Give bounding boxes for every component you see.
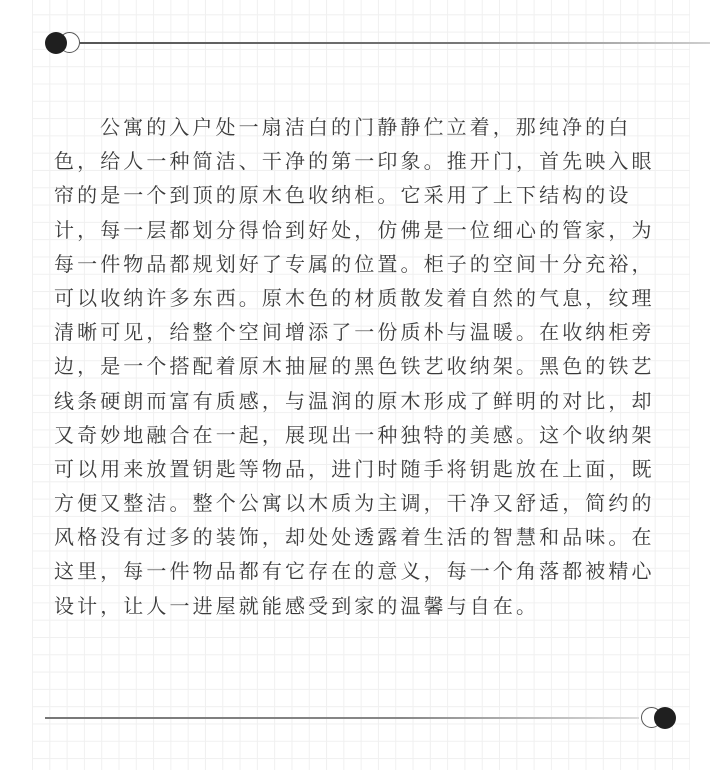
text-line: 可以用来放置钥匙等物品，进门时随手将钥匙放在上面，既 bbox=[54, 452, 674, 486]
text-line: 清晰可见，给整个空间增添了一份质朴与温暖。在收纳柜旁 bbox=[54, 315, 674, 349]
filled-circle-icon bbox=[654, 707, 676, 729]
text-line: 边，是一个搭配着原木抽屉的黑色铁艺收纳架。黑色的铁艺 bbox=[54, 349, 674, 383]
bottom-divider bbox=[45, 707, 677, 729]
text-line: 方便又整洁。整个公寓以木质为主调，干净又舒适，简约的 bbox=[54, 486, 674, 520]
text-line: 帘的是一个到顶的原木色收纳柜。它采用了上下结构的设 bbox=[54, 178, 674, 212]
text-line: 设计，让人一进屋就能感受到家的温馨与自在。 bbox=[54, 589, 674, 623]
filled-circle-icon bbox=[45, 32, 67, 54]
text-line: 计，每一层都划分得恰到好处，仿佛是一位细心的管家，为 bbox=[54, 213, 674, 247]
text-line: 可以收纳许多东西。原木色的材质散发着自然的气息，纹理 bbox=[54, 281, 674, 315]
divider-line bbox=[45, 717, 639, 719]
article-body: 公寓的入户处一扇洁白的门静静伫立着，那纯净的白 色，给人一种简洁、干净的第一印象… bbox=[54, 110, 674, 623]
text-line: 色，给人一种简洁、干净的第一印象。推开门，首先映入眼 bbox=[54, 144, 674, 178]
text-line: 公寓的入户处一扇洁白的门静静伫立着，那纯净的白 bbox=[54, 110, 674, 144]
text-line: 每一件物品都规划好了专属的位置。柜子的空间十分充裕， bbox=[54, 247, 674, 281]
text-line: 风格没有过多的装饰，却处处透露着生活的智慧和品味。在 bbox=[54, 520, 674, 554]
divider-line bbox=[80, 42, 710, 44]
text-line: 这里，每一件物品都有它存在的意义，每一个角落都被精心 bbox=[54, 554, 674, 588]
text-line: 线条硬朗而富有质感，与温润的原木形成了鲜明的对比，却 bbox=[54, 384, 674, 418]
text-line: 又奇妙地融合在一起，展现出一种独特的美感。这个收纳架 bbox=[54, 418, 674, 452]
top-divider bbox=[45, 32, 685, 54]
